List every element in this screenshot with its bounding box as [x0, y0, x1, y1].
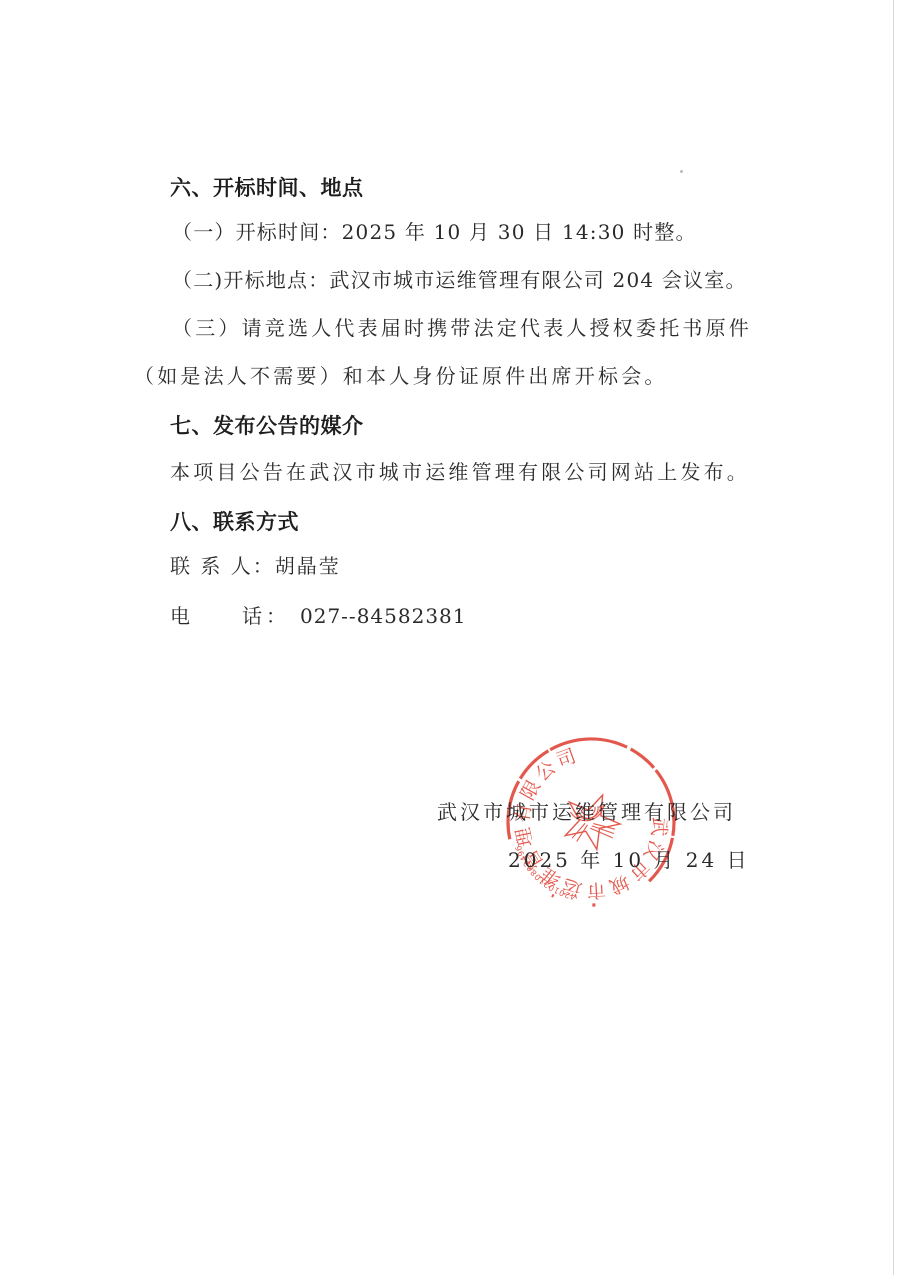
page-edge — [893, 0, 894, 1275]
section-heading-opening: 六、开标时间、地点 — [170, 175, 364, 201]
attendance-requirement-continued: （如是法人不需要）和本人身份证原件出席开标会。 — [134, 363, 668, 389]
contact-person-row: 联 系 人：胡晶莹 — [170, 553, 341, 579]
signature-date: 2025 年 10 月 24 日 — [508, 847, 750, 873]
attendance-requirement: （三）请竞选人代表届时携带法定代表人授权委托书原件 — [172, 315, 752, 341]
contact-phone-row: 电 话：027--84582381 — [170, 603, 467, 629]
contact-person-name: 胡晶莹 — [275, 554, 341, 578]
signature-company: 武汉市城市运维管理有限公司 — [437, 799, 736, 825]
contact-phone-label: 电 话： — [170, 604, 290, 628]
opening-location: （二)开标地点：武汉市城市运维管理有限公司 204 会议室。 — [172, 267, 747, 293]
section-heading-contact: 八、联系方式 — [170, 509, 299, 535]
section-heading-media: 七、发布公告的媒介 — [170, 413, 364, 439]
contact-phone-number: 027--84582381 — [300, 604, 467, 628]
opening-time: （一）开标时间：2025 年 10 月 30 日 14:30 时整。 — [172, 219, 697, 245]
contact-person-label: 联 系 人： — [170, 554, 275, 578]
media-statement: 本项目公告在武汉市城市运维管理有限公司网站上发布。 — [170, 459, 750, 485]
scan-speck — [680, 170, 683, 173]
